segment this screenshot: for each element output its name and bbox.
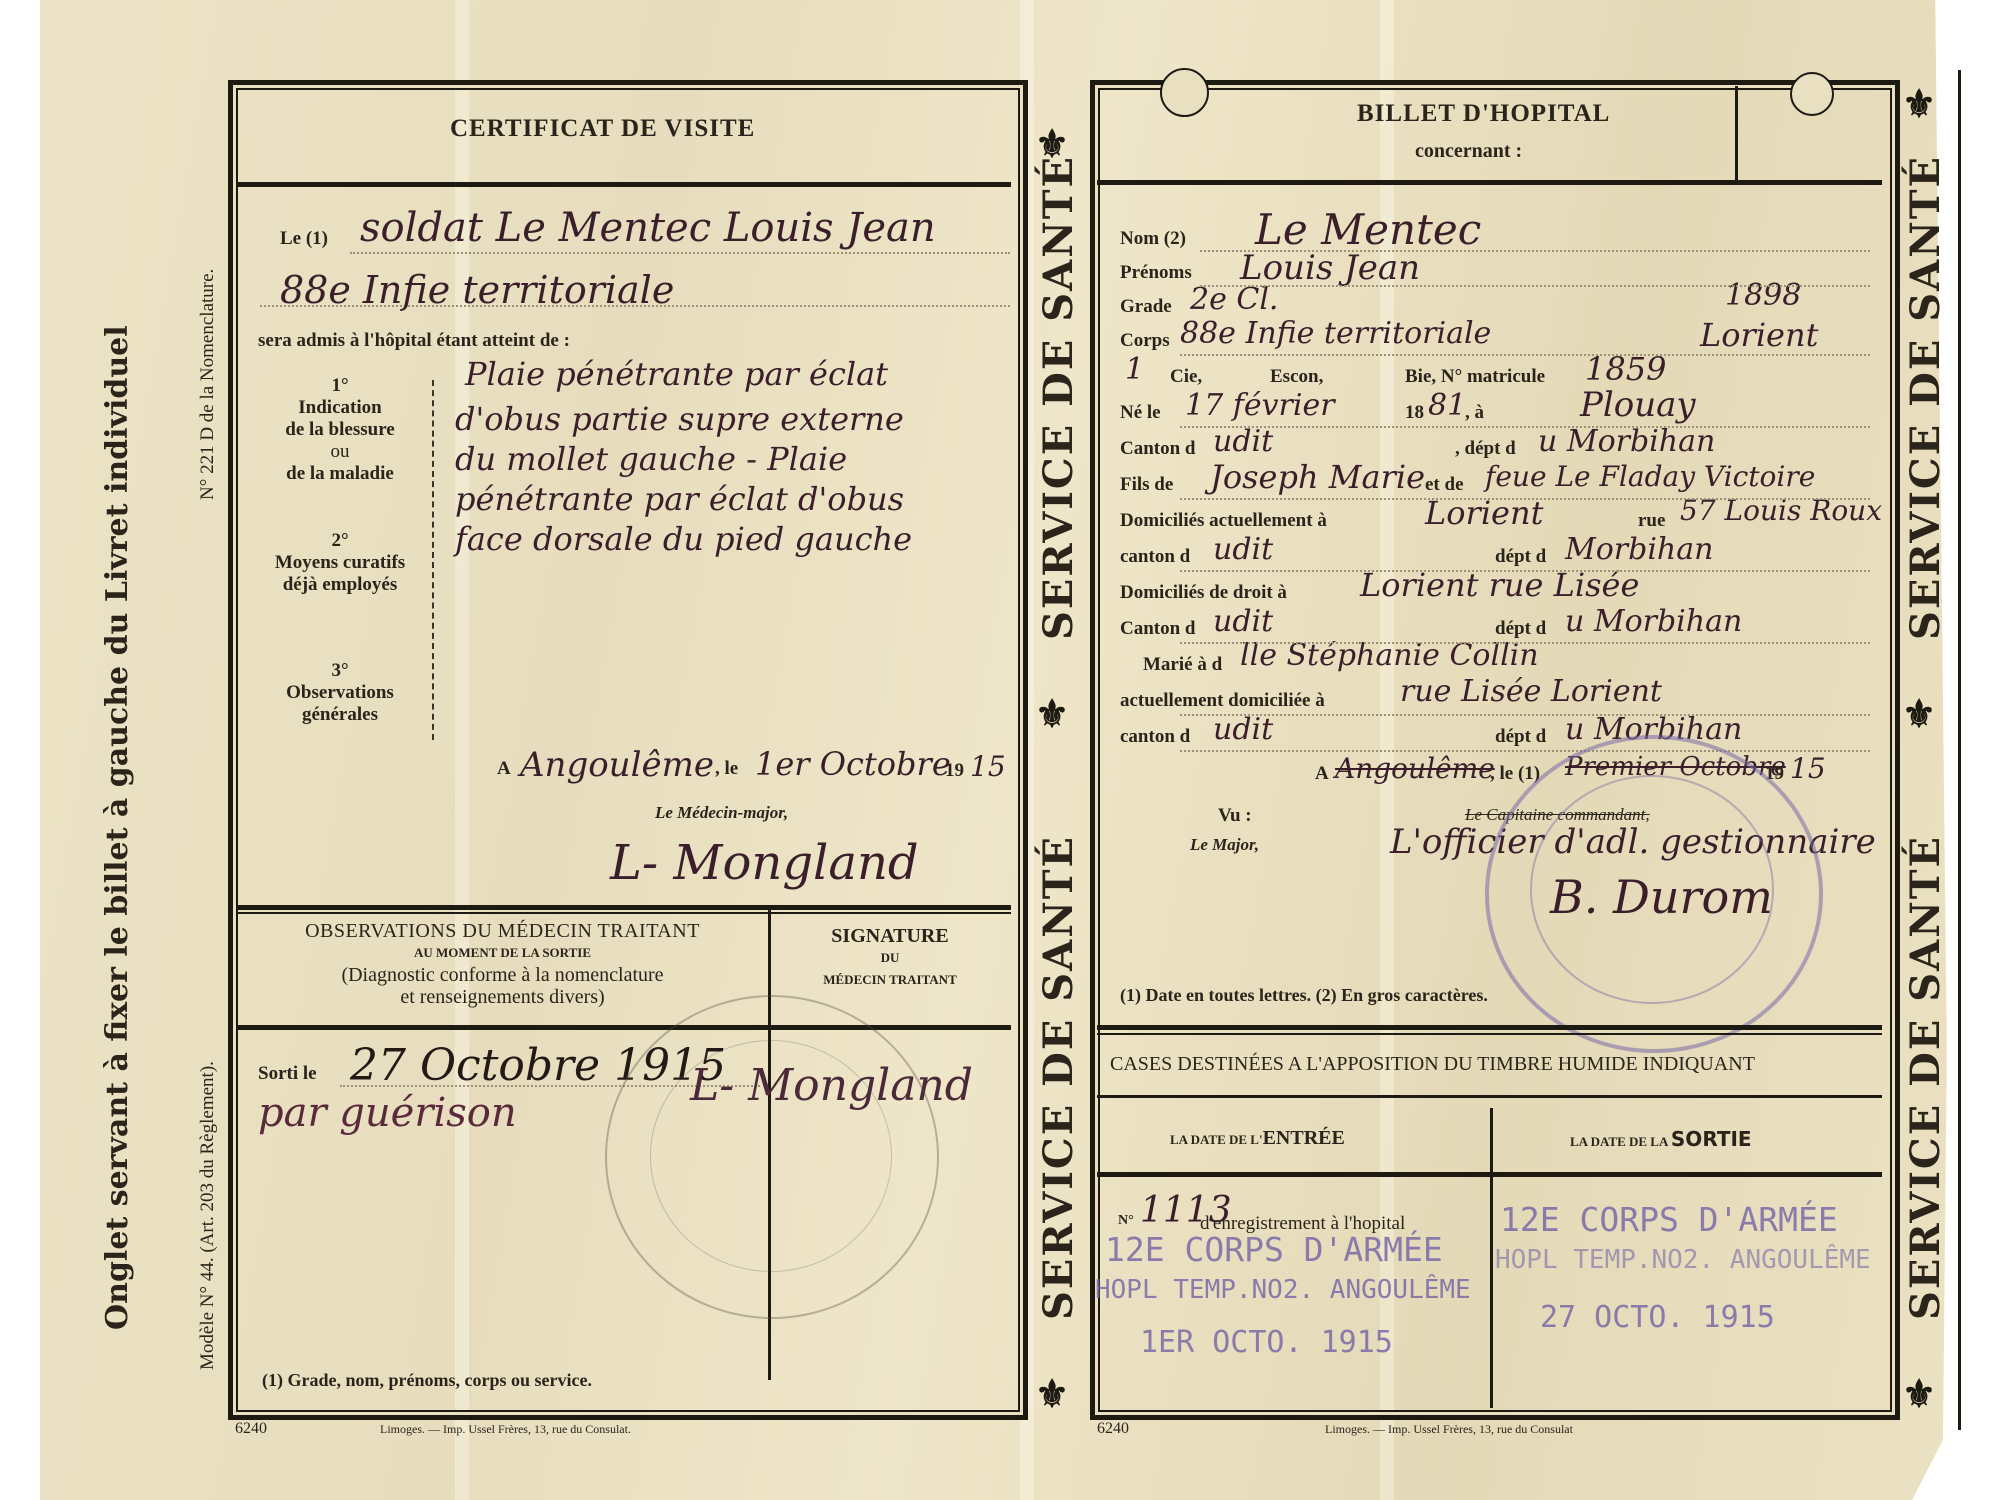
entry-header: LA DATE DE L'ENTRÉE	[1170, 1127, 1345, 1150]
exit-header: LA DATE DE LA SORTIE	[1570, 1127, 1752, 1151]
cie-value: 1	[1125, 352, 1144, 387]
administration-seal-inner	[1530, 775, 1774, 1004]
punch-hole	[1160, 68, 1209, 117]
divider	[1097, 180, 1882, 185]
medecin-signature: L- Mongland	[610, 835, 919, 891]
divider	[1097, 1095, 1882, 1098]
recruitment-value: Lorient	[1700, 316, 1818, 354]
place-value: Angoulême	[520, 745, 714, 785]
fleur-ornament: ⚜	[1035, 1370, 1071, 1417]
birth-date-value: 17 février	[1185, 388, 1335, 423]
band-text: SERVICE DE SANTÉ	[1902, 835, 1949, 1320]
dotted-line	[1180, 498, 1870, 500]
signature-header: SIGNATURE DU MÉDECIN TRAITANT	[775, 925, 1005, 991]
cases-title: CASES DESTINÉES A L'APPOSITION DU TIMBRE…	[1110, 1053, 1755, 1076]
column-divider	[1490, 1108, 1493, 1408]
billet-title: BILLET D'HOPITAL	[1357, 100, 1610, 128]
birth-place-value: Plouay	[1580, 385, 1696, 425]
band-text: SERVICE DE SANTÉ	[1035, 155, 1082, 640]
signer-title: Le Médecin-major,	[655, 803, 788, 823]
nom-value: Le Mentec	[1255, 205, 1481, 254]
place-prefix: A	[497, 758, 511, 780]
printer-credit: Limoges. — Imp. Ussel Frères, 13, rue du…	[1325, 1422, 1573, 1437]
form-number: 6240	[1097, 1420, 1129, 1438]
le-value: soldat Le Mentec Louis Jean	[360, 205, 936, 251]
left-footnote: (1) Grade, nom, prénoms, corps ou servic…	[262, 1370, 592, 1391]
year-value: 15	[970, 750, 1006, 783]
certificat-title: CERTIFICAT DE VISITE	[450, 115, 755, 143]
divider	[236, 905, 1011, 910]
dotted-line	[1200, 285, 1870, 287]
dotted-line	[1180, 426, 1870, 428]
dotted-line	[350, 252, 1010, 254]
dotted-line	[1200, 250, 1870, 252]
father-value: Joseph Marie	[1210, 458, 1425, 496]
dotted-line	[1180, 714, 1870, 716]
nomenclature-ref: N° 221 D de la Nomenclature.	[197, 269, 219, 500]
corps-value: 88e Infie territoriale	[1180, 316, 1491, 351]
item3-label: 3°Observationsgénérales	[255, 660, 425, 726]
dotted-line	[1180, 354, 1870, 356]
class-year-value: 1898	[1725, 278, 1801, 313]
divider	[236, 182, 1011, 187]
admis-label: sera admis à l'hôpital étant atteint de …	[258, 330, 570, 352]
dotted-line	[1180, 570, 1870, 572]
birth-year-value: 81	[1428, 388, 1466, 423]
column-divider	[1735, 86, 1738, 181]
obs-header: OBSERVATIONS DU MÉDECIN TRAITANT AU MOME…	[240, 920, 765, 1008]
le-label: Le (1)	[280, 228, 328, 250]
sorti-note: par guérison	[258, 1090, 517, 1136]
item1-label: 1°Indicationde la blessureoude la maladi…	[255, 375, 425, 485]
divider	[236, 1025, 1011, 1030]
year-prefix: 19	[945, 760, 964, 782]
divider	[1097, 1033, 1882, 1035]
grade-value: 2e Cl.	[1190, 282, 1278, 317]
punch-hole	[1790, 72, 1834, 116]
unit-value: 88e Infie territoriale	[280, 268, 674, 312]
billet-subtitle: concernant :	[1415, 140, 1522, 163]
fleur-ornament: ⚜	[1902, 1370, 1938, 1417]
divider	[1097, 1172, 1882, 1177]
sorti-label: Sorti le	[258, 1063, 317, 1085]
band-text: SERVICE DE SANTÉ	[1902, 155, 1949, 640]
right-footnote: (1) Date en toutes lettres. (2) En gros …	[1120, 985, 1488, 1006]
brace	[432, 380, 440, 740]
fleur-ornament: ⚜	[1035, 690, 1071, 737]
dotted-line	[1180, 642, 1870, 644]
printer-credit: Limoges. — Imp. Ussel Frères, 13, rue du…	[380, 1422, 631, 1437]
major-label: Le Major,	[1190, 835, 1259, 855]
item2-label: 2°Moyens curatifsdéjà employés	[250, 530, 430, 596]
fleur-ornament: ⚜	[1902, 80, 1938, 127]
tab-instruction: Onglet servant à fixer le billet à gauch…	[100, 325, 135, 1330]
hospital-seal-inner	[650, 1040, 892, 1272]
right-place-value: Angoulême	[1335, 752, 1495, 785]
date-prefix: , le	[715, 758, 738, 780]
mother-value: feue Le Fladay Victoire	[1485, 460, 1815, 493]
fleur-ornament: ⚜	[1902, 690, 1938, 737]
band-text: SERVICE DE SANTÉ	[1035, 835, 1082, 1320]
date-value: 1er Octobre	[755, 745, 951, 783]
model-ref: Modèle N° 44. (Art. 203 du Règlement).	[197, 1061, 219, 1370]
form-number: 6240	[235, 1420, 267, 1438]
divider	[1097, 1025, 1882, 1030]
outer-rule	[1958, 70, 1961, 1430]
divider	[236, 912, 1011, 914]
